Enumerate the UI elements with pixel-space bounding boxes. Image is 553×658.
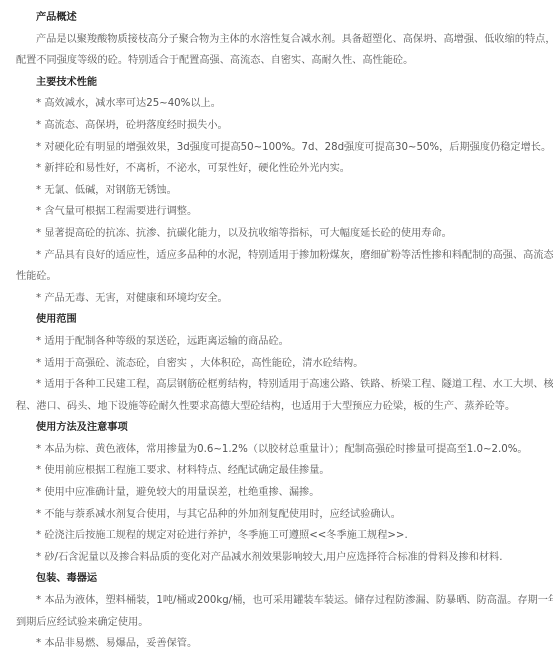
- packaging-item: * 本品非易燃、易爆品，妥善保管。: [16, 633, 537, 655]
- performance-item: * 显著提高砼的抗冻、抗渗、抗碳化能力，以及抗收缩等指标，可大幅度延长砼的使用寿…: [16, 223, 537, 245]
- performance-item: * 产品具有良好的适应性，适应多品种的水泥，特别适用于掺加粉煤灰，磨细矿粉等活性…: [16, 245, 537, 267]
- performance-item: * 新拌砼和易性好，不离析，不泌水，可泵性好，硬化性砼外光内实。: [16, 158, 537, 180]
- performance-item-continuation: 性能砼。: [16, 266, 537, 288]
- usage-item: * 本品为棕、黄色液体，常用掺量为0.6~1.2%（以胶材总重量计）；配制高强砼…: [16, 439, 537, 461]
- performance-item: * 高效减水，减水率可达25~40%以上。: [16, 93, 537, 115]
- product-document: 产品概述 产品是以聚羧酸物质接枝高分子聚合物为主体的水溶性复合减水剂。具备超塑化…: [0, 0, 553, 655]
- usage-item: * 砂/石含泥量以及掺合料品质的变化对产品减水剂效果影响较大,用户应选择符合标准…: [16, 547, 537, 569]
- section-title-performance: 主要技术性能: [16, 72, 537, 94]
- scope-item: * 适用于配制各种等级的泵送砼，远距离运输的商品砼。: [16, 331, 537, 353]
- usage-item: * 使用中应准确计量，避免较大的用量误差，杜绝重掺、漏掺。: [16, 482, 537, 504]
- overview-paragraph-line1: 产品是以聚羧酸物质接枝高分子聚合物为主体的水溶性复合减水剂。具备超塑化、高保坍、…: [16, 29, 537, 51]
- performance-item: * 高流态、高保坍，砼坍落度经时损失小。: [16, 115, 537, 137]
- usage-item: * 砼浇注后按施工规程的规定对砼进行养护，冬季施工可遵照<<冬季施工规程>>.: [16, 525, 537, 547]
- packaging-item-continuation: 到期后应经试验来确定使用。: [16, 612, 537, 634]
- section-title-packaging: 包装、毒器运: [16, 568, 537, 590]
- performance-item: * 含气量可根据工程需要进行调整。: [16, 201, 537, 223]
- performance-item: * 产品无毒、无害，对健康和环境均安全。: [16, 288, 537, 310]
- section-title-usage: 使用方法及注意事项: [16, 417, 537, 439]
- usage-item: * 不能与萘系减水剂复合使用，与其它品种的外加剂复配使用时，应经试验确认。: [16, 504, 537, 526]
- section-title-overview: 产品概述: [16, 7, 537, 29]
- scope-item-continuation: 程、港口、码头、地下设施等砼耐久性要求高德大型砼结构，也适用于大型预应力砼梁，板…: [16, 396, 537, 418]
- performance-item: * 无氯、低碱，对钢筋无锈蚀。: [16, 180, 537, 202]
- performance-item: * 对硬化砼有明显的增强效果，3d强度可提高50~100%。7d、28d强度可提…: [16, 137, 537, 159]
- section-title-scope: 使用范围: [16, 309, 537, 331]
- scope-item: * 适用于高强砼、流态砼，自密实 ，大体积砼，高性能砼，清水砼结构。: [16, 353, 537, 375]
- scope-item: * 适用于各种工民建工程，高层钢筋砼框剪结构，特别适用于高速公路、铁路、桥梁工程…: [16, 374, 537, 396]
- packaging-item: * 本品为液体，塑料桶装，1吨/桶或200kg/桶，也可采用罐装车装运。储存过程…: [16, 590, 537, 612]
- overview-paragraph-line2: 配置不同强度等级的砼。特别适合于配置高强、高流态、自密实、高耐久性、高性能砼。: [16, 50, 537, 72]
- usage-item: * 使用前应根据工程施工要求、材料特点、经配试确定最佳掺量。: [16, 460, 537, 482]
